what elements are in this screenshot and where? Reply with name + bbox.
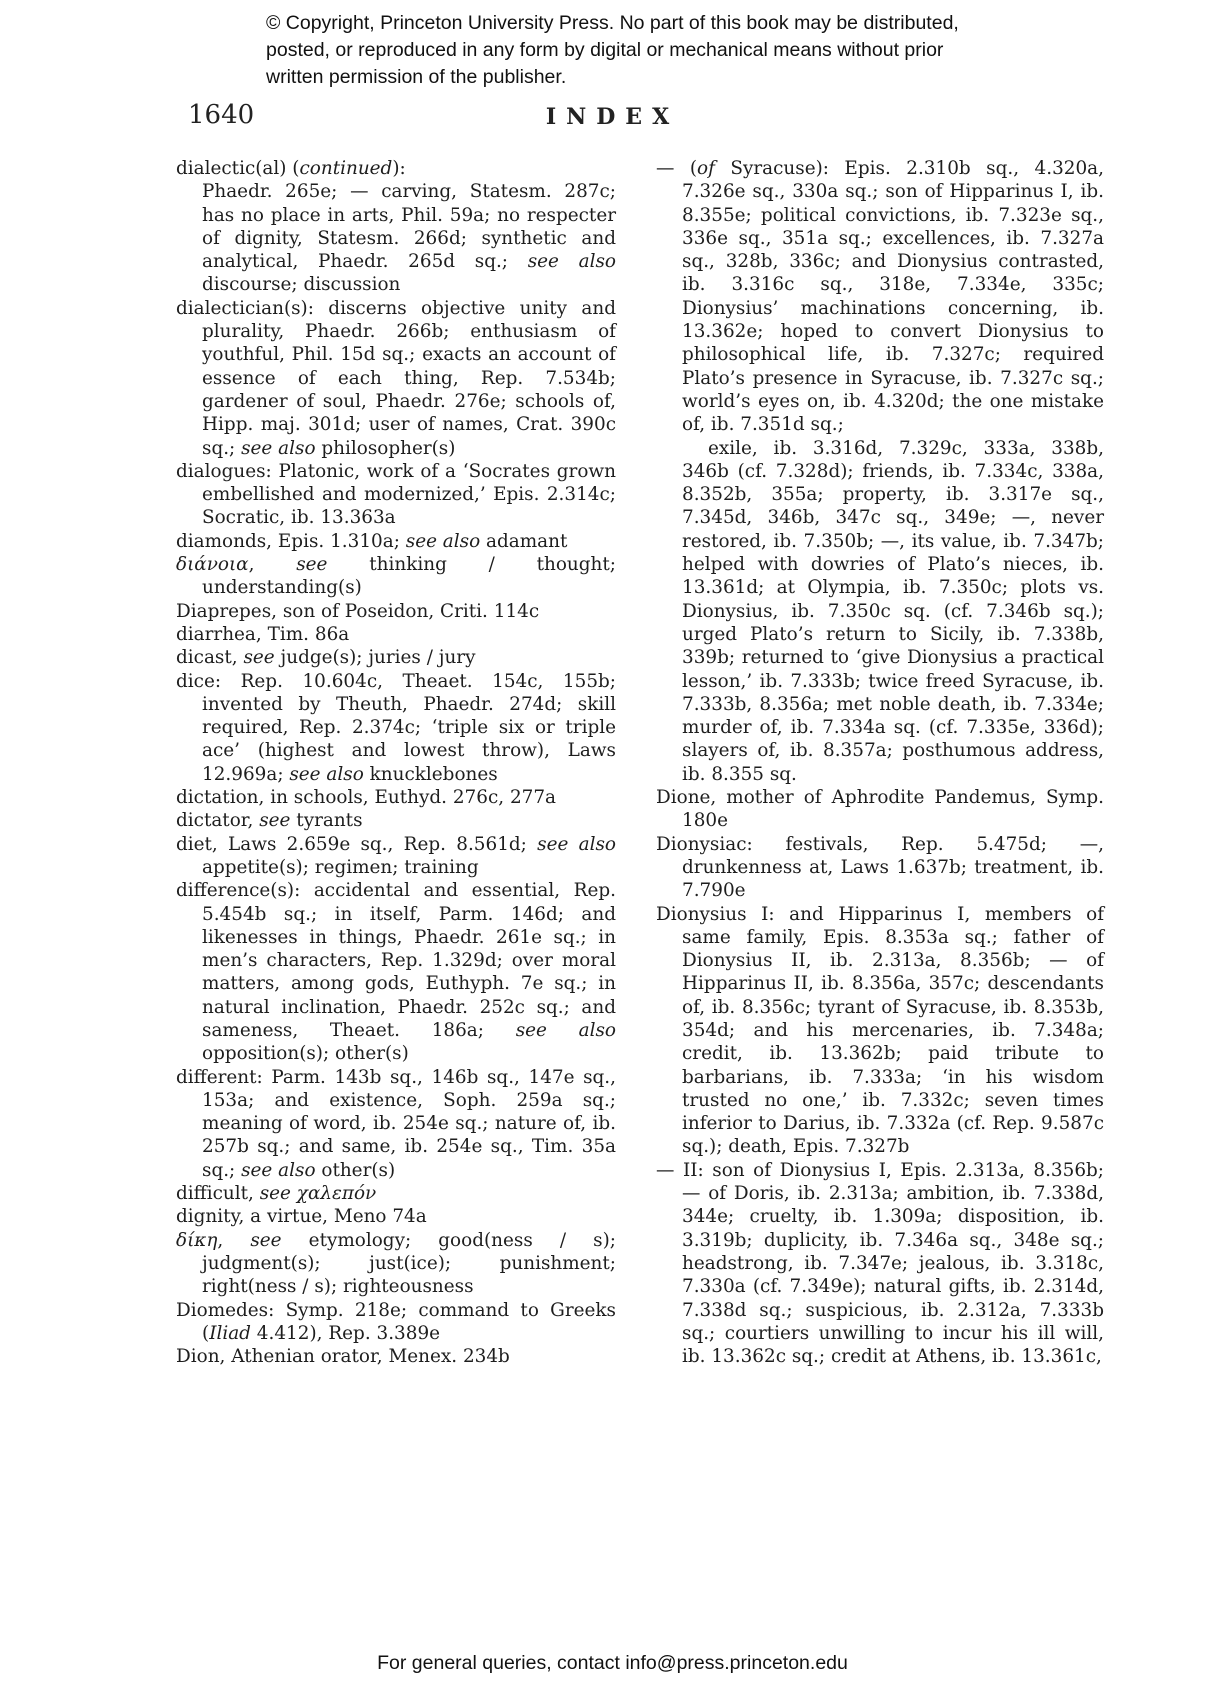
index-entry: — (of Syracuse): Epis. 2.310b sq., 4.320… — [656, 157, 1104, 437]
running-head: 1640 INDEX — [0, 100, 1225, 140]
index-entry: exile, ib. 3.316d, 7.329c, 333a, 338b, 3… — [656, 437, 1104, 786]
index-entry: Diaprepes, son of Poseidon, Criti. 114c — [176, 600, 616, 623]
index-entry: Dion, Athenian orator, Menex. 234b — [176, 1345, 616, 1368]
index-entry: Dionysius I: and Hipparinus I, members o… — [656, 903, 1104, 1159]
index-entry: dice: Rep. 10.604c, Theaet. 154c, 155b; … — [176, 670, 616, 786]
index-entry: dialectician(s): discerns objective unit… — [176, 297, 616, 460]
index-column-right: — (of Syracuse): Epis. 2.310b sq., 4.320… — [656, 157, 1104, 1368]
index-entry: Dionysiac: festivals, Rep. 5.475d; —, dr… — [656, 833, 1104, 903]
index-entry: dictation, in schools, Euthyd. 276c, 277… — [176, 786, 616, 809]
page-title: INDEX — [0, 104, 1225, 130]
index-column-left: dialectic(al) (continued):Phaedr. 265e; … — [176, 157, 616, 1368]
index-entry: διάνοια, see thinking / thought; underst… — [176, 553, 616, 600]
index-entry: δίκη, see etymology; good(ness / s); jud… — [176, 1229, 616, 1299]
index-entry: Dione, mother of Aphrodite Pandemus, Sym… — [656, 786, 1104, 833]
index-entry: Phaedr. 265e; — carving, Statesm. 287c; … — [176, 180, 616, 296]
index-entry: different: Parm. 143b sq., 146b sq., 147… — [176, 1066, 616, 1182]
index-entry: difference(s): accidental and essential,… — [176, 879, 616, 1065]
index-entry: — II: son of Dionysius I, Epis. 2.313a, … — [656, 1159, 1104, 1369]
index-entry: diet, Laws 2.659e sq., Rep. 8.561d; see … — [176, 833, 616, 880]
index-entry: diarrhea, Tim. 86a — [176, 623, 616, 646]
index-entry: dialectic(al) (continued): — [176, 157, 616, 180]
footer-contact: For general queries, contact info@press.… — [0, 1652, 1225, 1675]
index-entry: diamonds, Epis. 1.310a; see also adamant — [176, 530, 616, 553]
index-entry: Diomedes: Symp. 218e; command to Greeks … — [176, 1299, 616, 1346]
index-entry: difficult, see χαλεπόν — [176, 1182, 616, 1205]
index-entry: dialogues: Platonic, work of a ‘Socrates… — [176, 460, 616, 530]
index-entry: dicast, see judge(s); juries / jury — [176, 646, 616, 669]
index-entry: dictator, see tyrants — [176, 809, 616, 832]
copyright-notice: © Copyright, Princeton University Press.… — [266, 10, 986, 91]
index-entry: dignity, a virtue, Meno 74a — [176, 1205, 616, 1228]
